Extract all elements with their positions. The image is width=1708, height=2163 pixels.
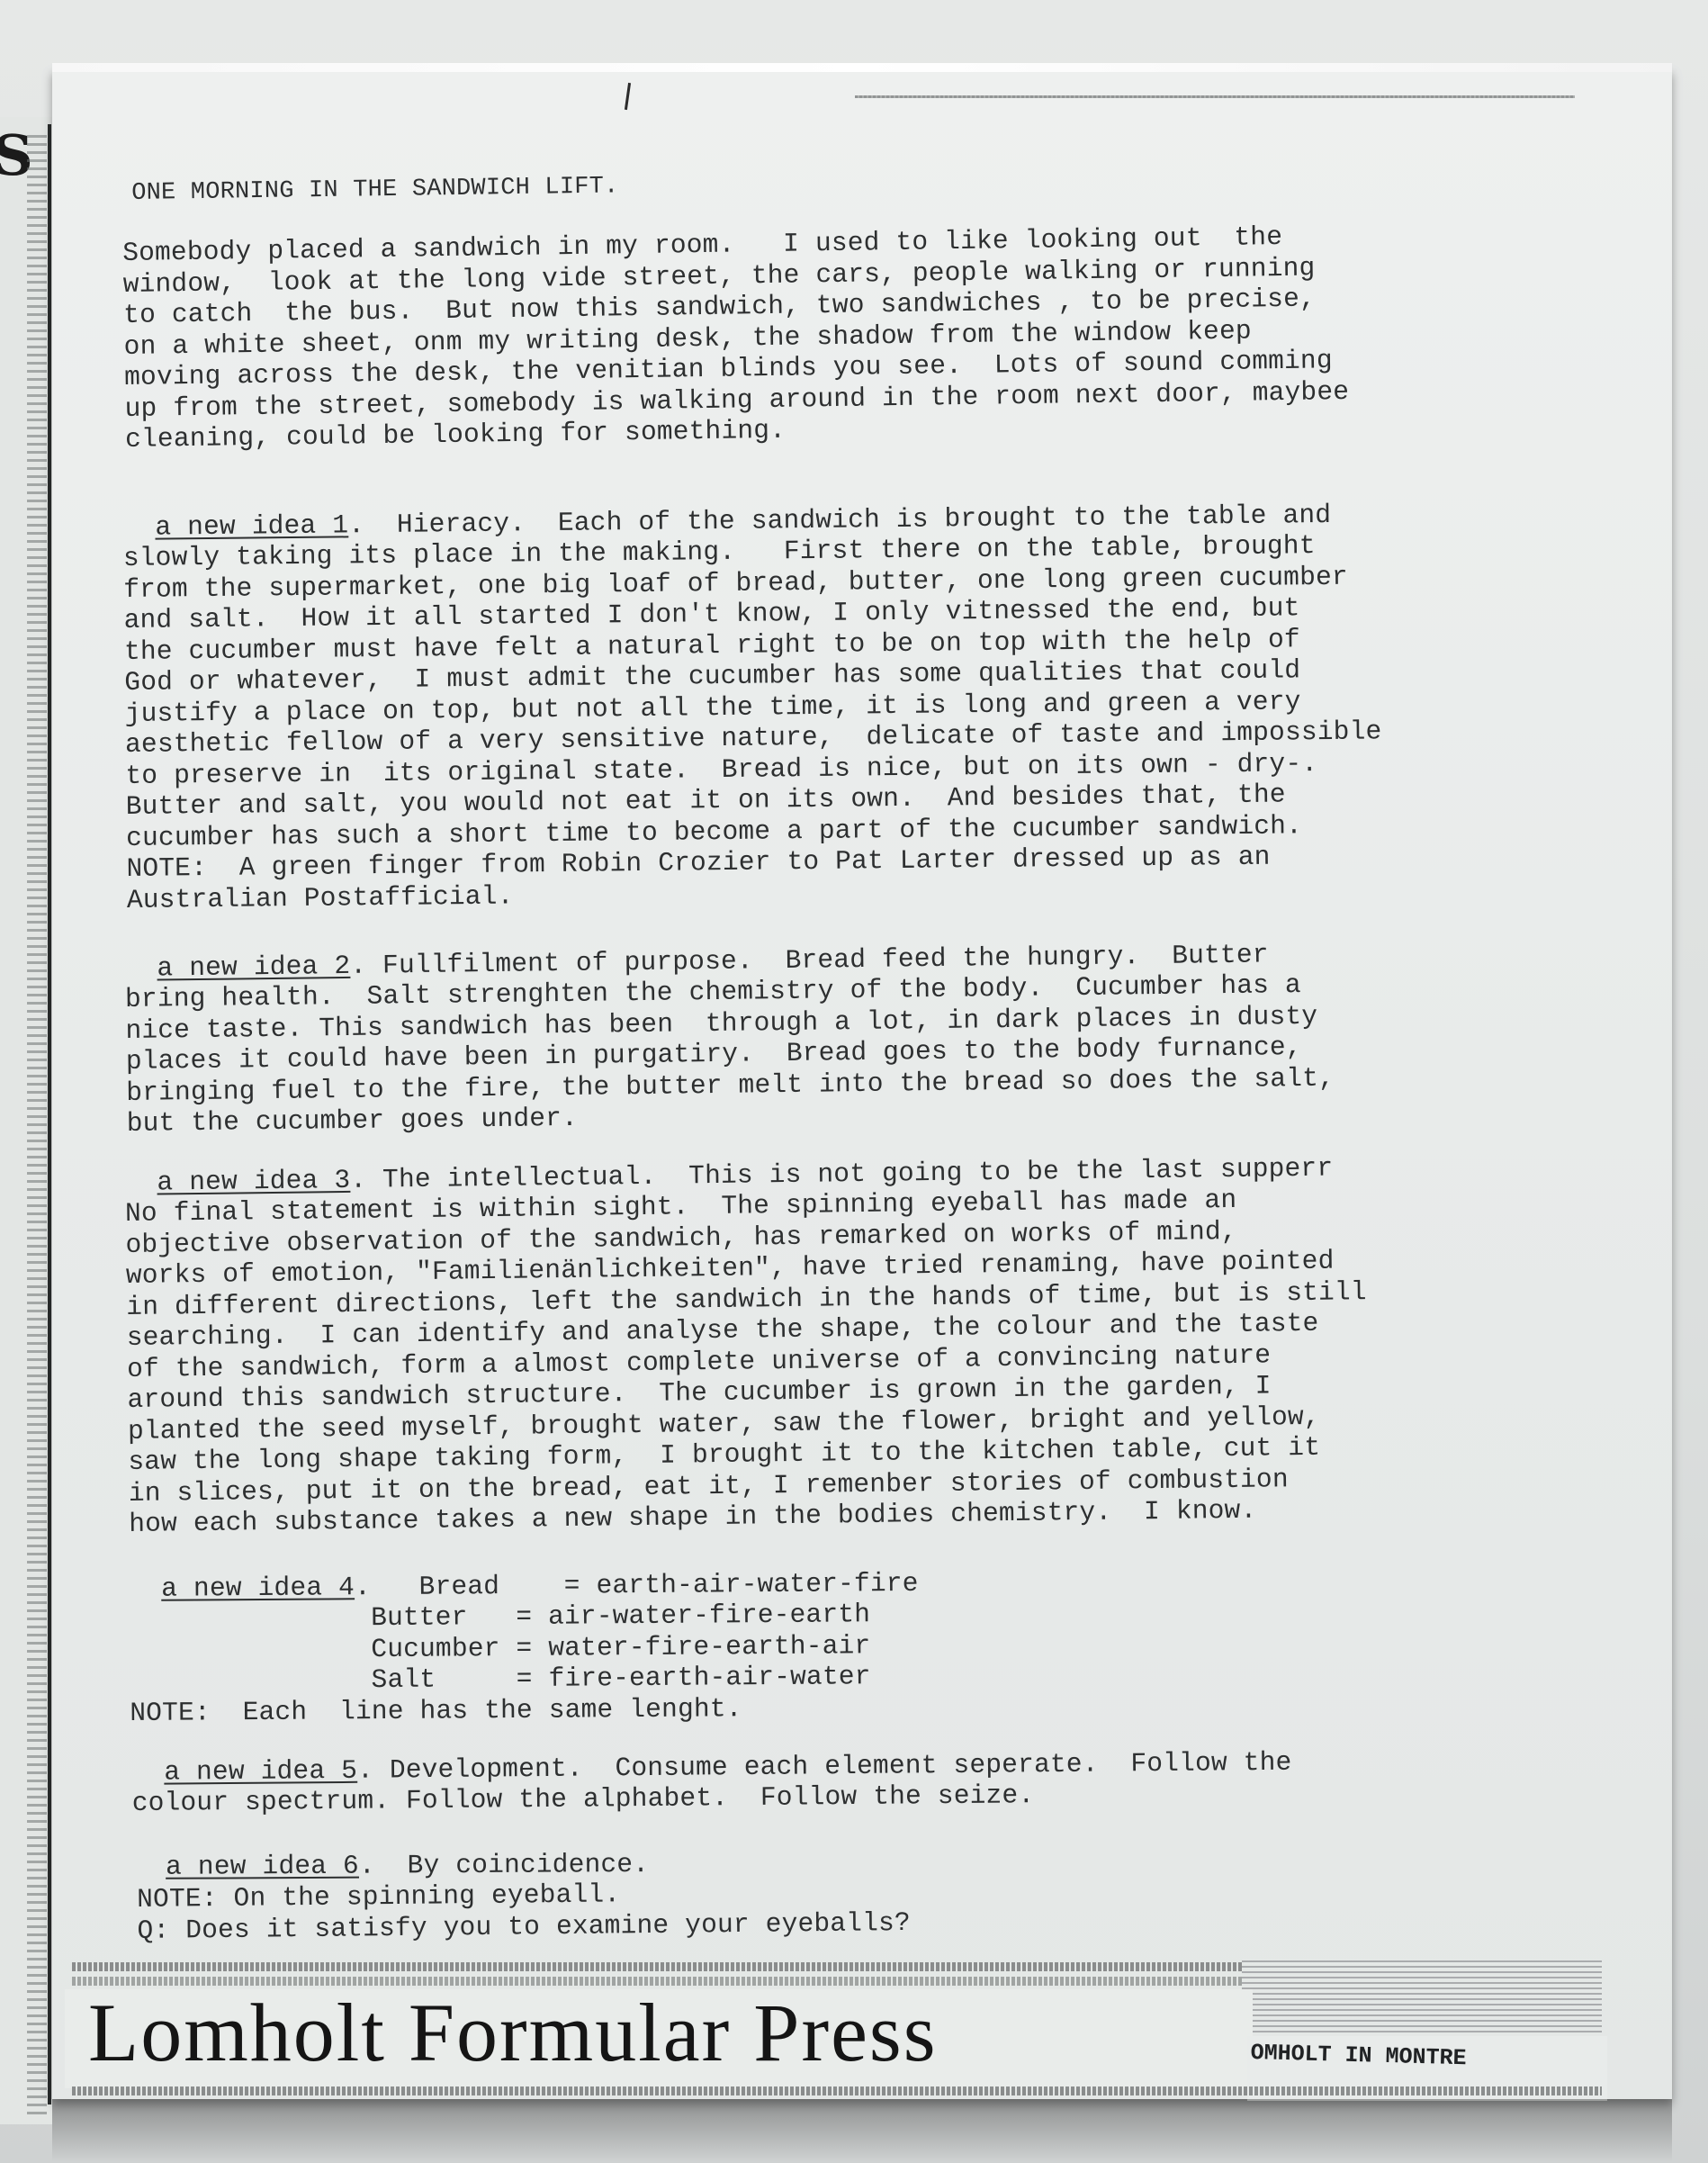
idea-1-text: . Hieracy. Each of the sandwich is broug… [123,499,1382,915]
masthead-title: Lomholt Formular Press [88,1991,938,2074]
closing-note: NOTE: On the spinning eyeball. Q: Does i… [137,1876,911,1946]
binding-edge [48,124,51,2104]
idea-1-label: a new idea 1 [155,509,348,542]
idea-6-paragraph: a new idea 6. By coincidence. [133,1817,649,1882]
newsprint-lines-bottom [72,2086,1602,2095]
underlying-text-column [27,135,47,2115]
newsprint-lines-top-2 [72,1977,1242,1986]
idea-6-label: a new idea 6 [166,1850,359,1881]
idea-4-paragraph: a new idea 4. Bread = earth-air-water-fi… [129,1537,920,1728]
newsprint-lines-top [72,1962,1242,1971]
page-bottom-shadow [52,2099,1672,2162]
idea-2-paragraph: a new idea 2. Fullfilment of purpose. Br… [124,907,1335,1140]
idea-1-paragraph: a new idea 1. Hieracy. Each of the sandw… [122,467,1383,915]
idea-6-text: . By coincidence. [359,1848,649,1880]
idea-3-text: . The intellectual. This is not going to… [125,1152,1367,1539]
idea-4-label: a new idea 4 [161,1572,355,1603]
idea-2-label: a new idea 2 [157,950,350,983]
intro-paragraph: Somebody placed a sandwich in my room. I… [122,221,1350,455]
idea-3-label: a new idea 3 [157,1164,350,1197]
idea-3-paragraph: a new idea 3. The intellectual. This is … [124,1121,1370,1539]
page-top-edge [52,63,1672,72]
top-rule-line [855,95,1575,98]
idea-5-label: a new idea 5 [164,1754,357,1787]
idea-5-paragraph: a new idea 5. Development. Consume each … [131,1716,1292,1819]
